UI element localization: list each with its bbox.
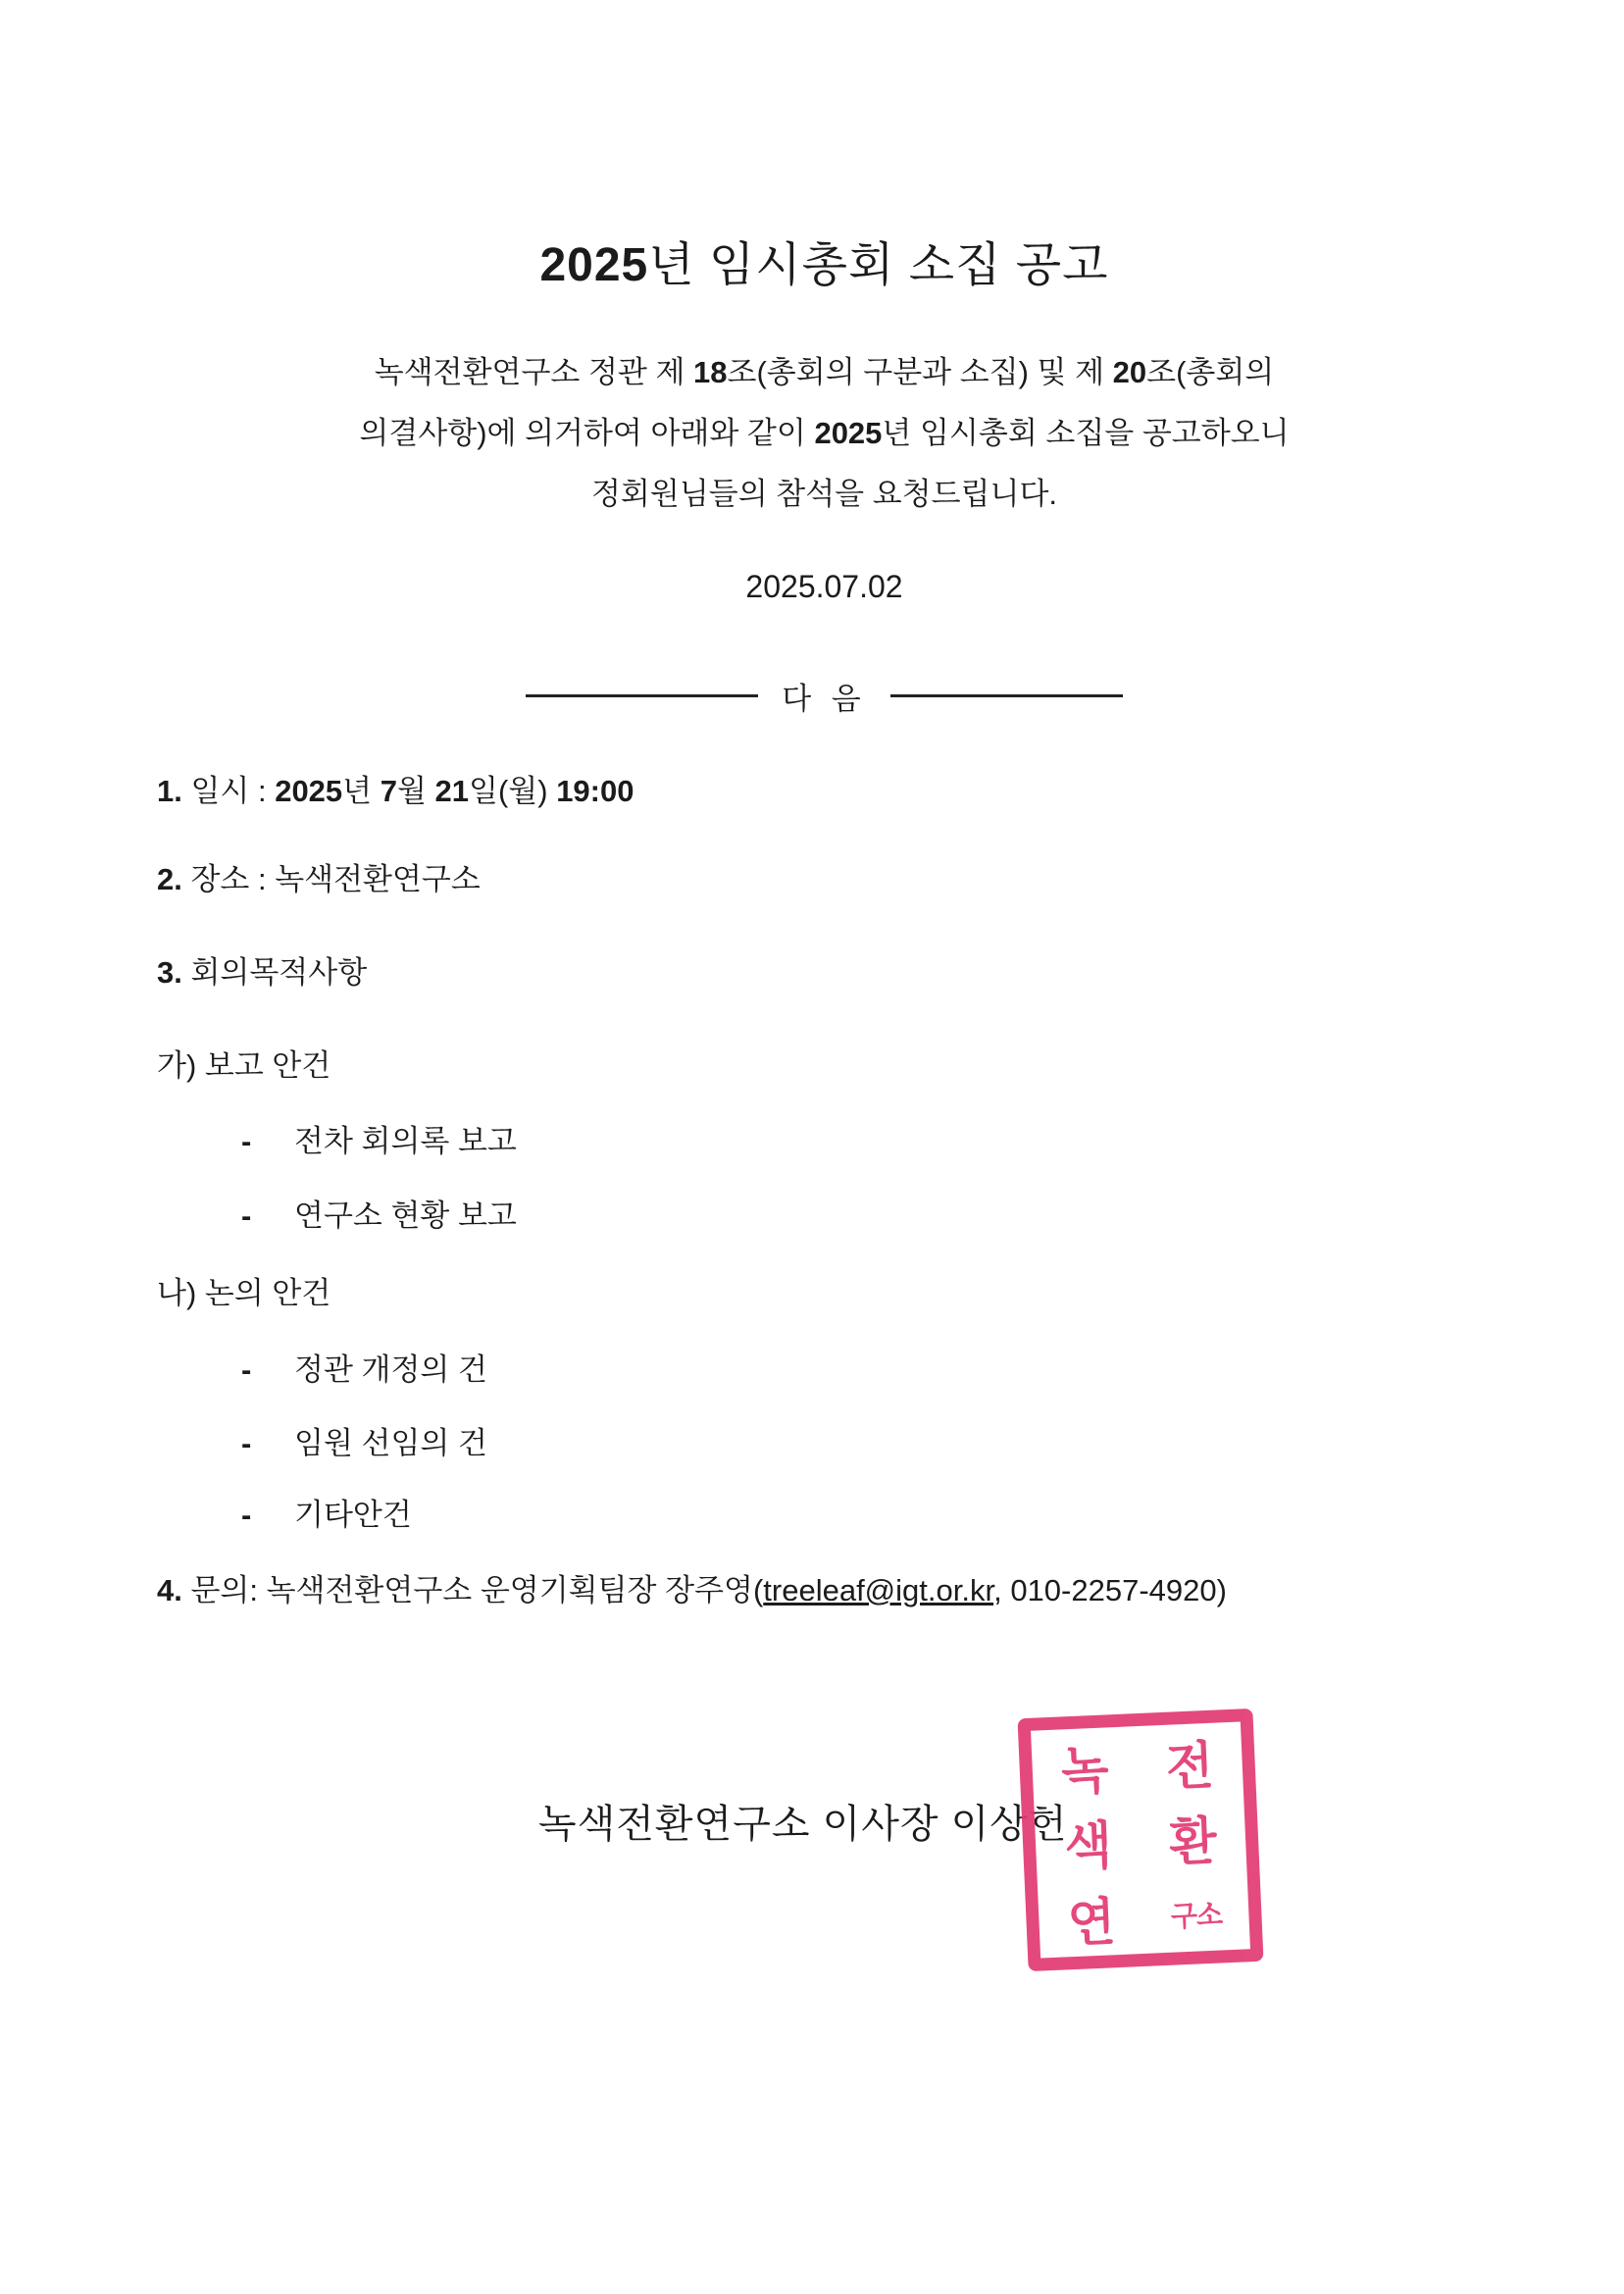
dash-bullet: - (241, 1425, 294, 1462)
text-run: 회의목적사항 (190, 955, 367, 990)
text-run: 월 (397, 774, 435, 808)
text-run: 1. (157, 774, 190, 808)
text-run: , 010-2257-4920) (993, 1573, 1227, 1607)
seal-glyph: 환 (1139, 1796, 1246, 1880)
intro-line-1: 녹색전환연구소 정관 제 18조(총회의 구분과 소집) 및 제 20조(총회의 (157, 342, 1492, 403)
text-run: 녹색전환연구소 정관 제 (375, 355, 693, 389)
intro-line-3: 정회원님들의 참석을 요청드립니다. (157, 464, 1492, 525)
text-run: 년 임시총회 소집을 공고하오니 (882, 416, 1289, 450)
seal-glyph: 색 (1034, 1800, 1142, 1884)
page-title: 2025년 임시총회 소집 공고 (157, 238, 1492, 293)
text-run: 2025 (275, 774, 342, 808)
intro-paragraph: 녹색전환연구소 정관 제 18조(총회의 구분과 소집) 및 제 20조(총회의… (157, 342, 1492, 525)
text-run: 전차 회의록 보고 (294, 1124, 517, 1158)
section-report-agenda: 가) 보고 안건 (157, 1047, 1492, 1085)
text-run: 조(총회의 (1146, 355, 1274, 389)
section-label: 가) 보고 안건 (157, 1048, 330, 1083)
divider-label: 다 음 (782, 674, 867, 718)
text-run: 문의: 녹색전환연구소 운영기획팀장 장주영( (190, 1573, 763, 1607)
text-run: 3. (157, 955, 190, 990)
text-run: 20 (1113, 355, 1146, 389)
list-item-datetime: 1. 일시 : 2025년 7월 21일(월) 19:00 (157, 773, 1492, 810)
text-run: 정관 개정의 건 (294, 1352, 487, 1387)
text-run: 의결사항)에 의거하여 아래와 같이 (359, 416, 814, 450)
sub-item-text: 기타안건 (294, 1498, 412, 1532)
seal-glyph: 연 (1038, 1876, 1145, 1961)
document-page: 2025년 임시총회 소집 공고 녹색전환연구소 정관 제 18조(총회의 구분… (0, 0, 1624, 2294)
divider-line-right (890, 694, 1123, 697)
intro-line-2: 의결사항)에 의거하여 아래와 같이 2025년 임시총회 소집을 공고하오니 (157, 403, 1492, 464)
title-text: 년 임시총회 소집 공고 (648, 239, 1108, 291)
announcement-date: 2025.07.02 (157, 568, 1492, 605)
seal-glyph: 전 (1136, 1720, 1243, 1805)
text-run: 4. (157, 1573, 190, 1607)
seal-glyph: 녹 (1031, 1724, 1139, 1809)
sub-item-minutes-report: -전차 회의록 보고 (157, 1123, 1492, 1160)
text-run: 21 (435, 774, 469, 808)
section-divider: 다 음 (157, 674, 1492, 718)
dash-bullet: - (241, 1497, 294, 1534)
divider-line-left (526, 694, 758, 697)
signature-line: 녹색전환연구소 이사장 이상헌 (157, 1802, 1492, 1847)
sub-item-text: 연구소 현황 보고 (294, 1198, 517, 1233)
section-discussion-agenda: 나) 논의 안건 (157, 1275, 1492, 1312)
sub-item-text: 임원 선임의 건 (294, 1426, 487, 1460)
text-run: 가) 보고 안건 (157, 1048, 330, 1083)
text-run: 2025 (814, 416, 882, 450)
sub-item-articles-amendment: -정관 개정의 건 (157, 1351, 1492, 1389)
text-run: 일시 : (190, 774, 275, 808)
sub-item-text: 정관 개정의 건 (294, 1352, 487, 1387)
dash-bullet: - (241, 1123, 294, 1160)
sub-item-text: 전차 회의록 보고 (294, 1124, 517, 1158)
text-run: 나) 논의 안건 (157, 1276, 330, 1310)
text-run: 조(총회의 구분과 소집) 및 제 (728, 355, 1113, 389)
section-label: 나) 논의 안건 (157, 1276, 330, 1310)
text-run: 18 (693, 355, 727, 389)
text-run: 임원 선임의 건 (294, 1426, 487, 1460)
text-run: 장소 : 녹색전환연구소 (190, 862, 480, 896)
list-item-text: 4. 문의: 녹색전환연구소 운영기획팀장 장주영(treeleaf@igt.o… (157, 1573, 1227, 1607)
list-item-place: 2. 장소 : 녹색전환연구소 (157, 861, 1492, 898)
list-item-contact: 4. 문의: 녹색전환연구소 운영기획팀장 장주영(treeleaf@igt.o… (157, 1572, 1492, 1609)
title-year: 2025 (539, 239, 648, 291)
list-item-text: 3. 회의목적사항 (157, 955, 367, 990)
list-item-text: 2. 장소 : 녹색전환연구소 (157, 862, 481, 896)
seal-glyph: 구소 (1142, 1871, 1250, 1956)
text-run: 정회원님들의 참석을 요청드립니다. (591, 477, 1057, 511)
text-run: 19:00 (556, 774, 634, 808)
text-run: 년 (342, 774, 381, 808)
corporate-seal-stamp: 녹 전 색 환 연 구소 (1017, 1708, 1263, 1971)
sub-item-other: -기타안건 (157, 1497, 1492, 1534)
document-body: 2025년 임시총회 소집 공고 녹색전환연구소 정관 제 18조(총회의 구분… (0, 238, 1624, 1847)
dash-bullet: - (241, 1351, 294, 1389)
text-run: 연구소 현황 보고 (294, 1198, 517, 1233)
list-item-purpose: 3. 회의목적사항 (157, 954, 1492, 992)
text-run: 기타안건 (294, 1498, 412, 1532)
sub-item-officer-election: -임원 선임의 건 (157, 1425, 1492, 1462)
email-link[interactable]: treeleaf@igt.or.kr (763, 1573, 993, 1607)
dash-bullet: - (241, 1198, 294, 1235)
list-item-text: 1. 일시 : 2025년 7월 21일(월) 19:00 (157, 774, 634, 808)
text-run: 2. (157, 862, 190, 896)
text-run: 일(월) (469, 774, 556, 808)
sub-item-status-report: -연구소 현황 보고 (157, 1198, 1492, 1235)
text-run: 7 (381, 774, 397, 808)
